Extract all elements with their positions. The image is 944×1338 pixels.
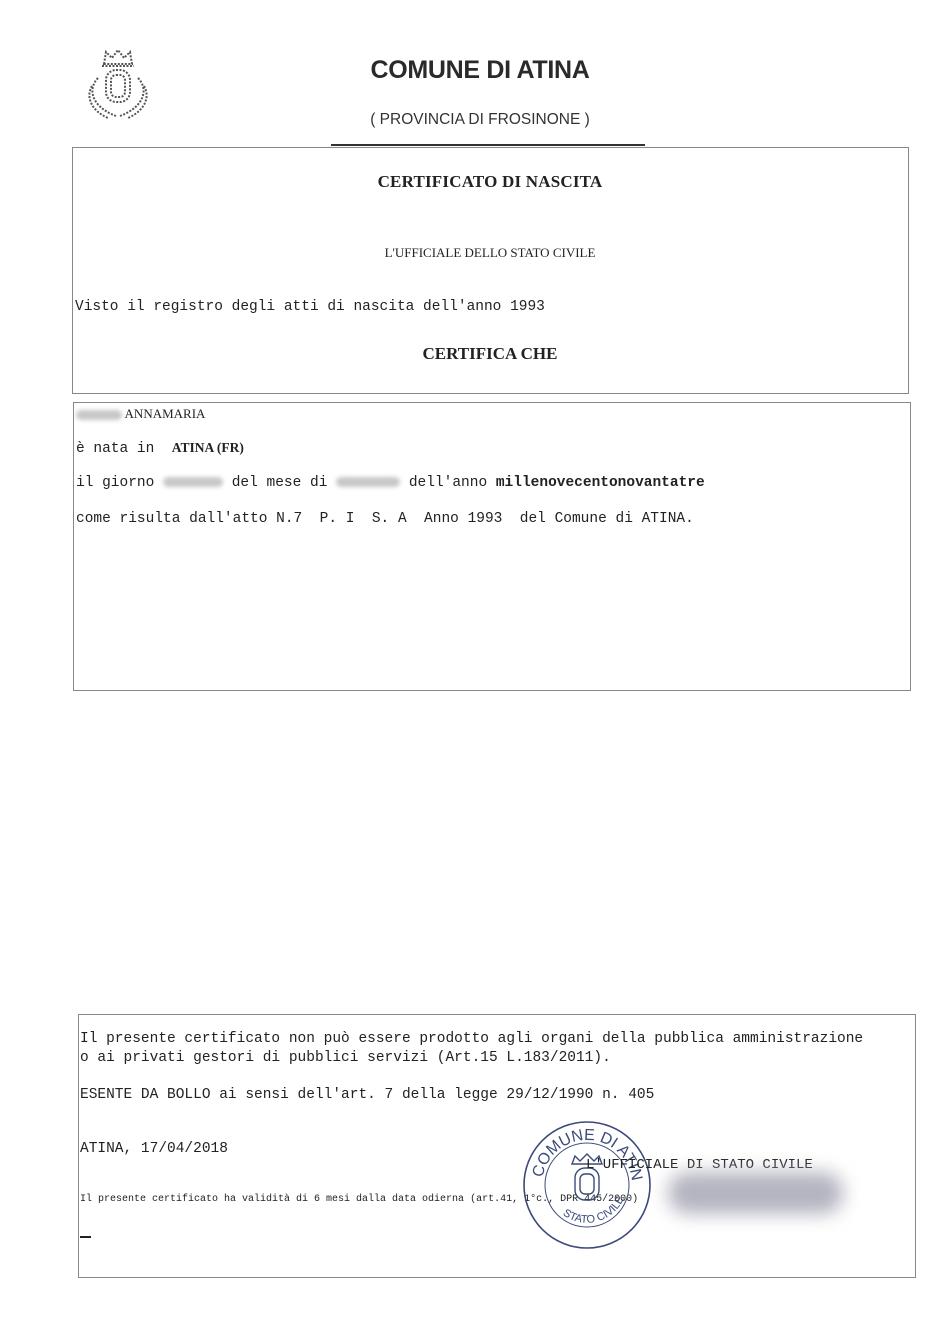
birthplace: ATINA (FR) xyxy=(172,440,244,455)
stamp-duty-exemption: ESENTE DA BOLLO ai sensi dell'art. 7 del… xyxy=(80,1087,654,1103)
footer-dash xyxy=(80,1236,91,1238)
official-heading: L'UFFICIALE DELLO STATO CIVILE xyxy=(0,245,944,261)
record-reference: come risulta dall'atto N.7 P. I S. A Ann… xyxy=(76,511,694,527)
usage-note-line1: Il presente certificato non può essere p… xyxy=(80,1031,863,1047)
born-prefix: è nata in xyxy=(76,441,172,457)
redacted-day xyxy=(163,477,223,487)
first-name: ANNAMARIA xyxy=(125,406,206,421)
register-statement: Visto il registro degli atti di nascita … xyxy=(75,299,545,315)
birthplace-line: è nata in ATINA (FR) xyxy=(76,440,244,457)
signatory-title: L'UFFICIALE DI STATO CIVILE xyxy=(586,1157,813,1173)
municipality-title: COMUNE DI ATINA xyxy=(330,56,630,85)
header-rule xyxy=(331,144,645,146)
redacted-month xyxy=(336,477,400,487)
province-subtitle: ( PROVINCIA DI FROSINONE ) xyxy=(330,111,630,129)
year-prefix: dell'anno xyxy=(400,475,496,491)
month-prefix: del mese di xyxy=(223,475,336,491)
birthdate-line: il giorno del mese di dell'anno millenov… xyxy=(76,475,705,491)
certifica-heading: CERTIFICA CHE xyxy=(0,344,944,364)
official-stamp-icon: COMUNE DI ATINA STATO CIVILE xyxy=(520,1118,654,1252)
year-words: millenovecentonovantatre xyxy=(496,475,705,491)
certificate-title: CERTIFICATO DI NASCITA xyxy=(0,172,944,192)
place-date: ATINA, 17/04/2018 xyxy=(80,1141,228,1157)
usage-note-line2: o ai privati gestori di pubblici servizi… xyxy=(80,1050,611,1066)
person-name-line: ANNAMARIA xyxy=(76,406,205,422)
redacted-signature xyxy=(668,1172,843,1214)
redacted-surname xyxy=(76,410,122,420)
municipal-crest-icon xyxy=(78,48,158,124)
day-prefix: il giorno xyxy=(76,475,163,491)
